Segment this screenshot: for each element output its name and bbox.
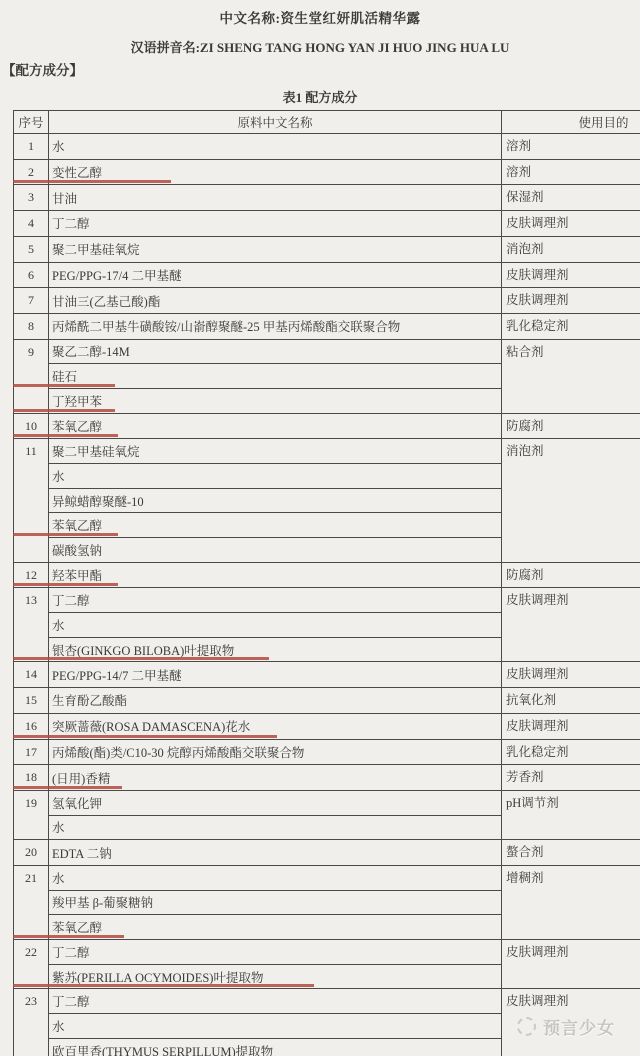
ingredient-cell: 水 [49, 613, 502, 638]
ingredient-name: 丁二醇 [52, 995, 90, 1009]
highlight-underline [13, 384, 115, 387]
ingredient-name: 羧甲基 β-葡聚糖钠 [52, 896, 153, 910]
ingredient-cell: 丁二醇 [49, 940, 502, 965]
purpose-cell: 溶剂 [502, 134, 640, 160]
ingredient-cell: 紫苏(PERILLA OCYMOIDES)叶提取物 [49, 964, 502, 989]
row-number-cell: 22 [14, 940, 49, 989]
highlight-underline [13, 434, 118, 437]
ingredient-name: 异鲸蜡醇聚醚-10 [52, 495, 144, 509]
row-number-cell: 9 [14, 339, 49, 413]
doc-title-chinese: 中文名称:资生堂红妍肌活精华露 [0, 7, 640, 27]
row-number-cell: 13 [14, 588, 49, 662]
ingredient-name: 氢氧化钾 [52, 797, 102, 811]
ingredient-name: 硅石 [52, 370, 77, 384]
highlight-underline [13, 583, 118, 586]
ingredient-name: 水 [52, 872, 65, 886]
ingredient-name: 丁二醇 [52, 594, 90, 608]
purpose-cell: 防腐剂 [502, 413, 640, 439]
table-row: 16突厥蔷薇(ROSA DAMASCENA)花水皮肤调理剂 [14, 713, 640, 739]
table-row: 13丁二醇皮肤调理剂 [14, 588, 640, 613]
ingredient-cell: 丙烯酰二甲基牛磺酸铵/山嵛醇聚醚-25 甲基丙烯酸酯交联聚合物 [49, 313, 502, 339]
ingredient-cell: (日用)香精 [49, 765, 502, 791]
highlight-underline [13, 735, 277, 738]
column-header-ingredient-name: 原料中文名称 [49, 111, 502, 134]
purpose-cell: 抗氧化剂 [502, 688, 640, 714]
watermark: 预言少女 [517, 1014, 615, 1039]
ingredient-cell: 氢氧化钾 [49, 790, 502, 815]
highlight-underline [13, 935, 124, 938]
ingredient-name: 丁二醇 [52, 946, 90, 960]
ingredient-cell: 丁二醇 [49, 211, 502, 237]
highlight-underline [13, 180, 171, 183]
crystal-ball-icon [517, 1017, 536, 1036]
ingredient-cell: 甘油三(乙基己酸)酯 [49, 288, 502, 314]
purpose-cell: 皮肤调理剂 [502, 211, 640, 237]
ingredient-cell: 变性乙醇 [49, 159, 502, 185]
table-row: 14PEG/PPG-14/7 二甲基醚皮肤调理剂 [14, 662, 640, 688]
ingredient-name: 甘油 [52, 192, 77, 206]
ingredient-name: 丁二醇 [52, 217, 90, 231]
doc-title-pinyin: 汉语拼音名:ZI SHENG TANG HONG YAN JI HUO JING… [0, 37, 640, 56]
purpose-cell: 芳香剂 [502, 765, 640, 791]
table-row: 5聚二甲基硅氧烷消泡剂 [14, 236, 640, 262]
ingredient-name: EDTA 二钠 [52, 847, 112, 861]
ingredient-cell: 生育酚乙酸酯 [49, 688, 502, 714]
row-number-cell: 3 [14, 185, 49, 211]
row-number-cell: 19 [14, 790, 49, 839]
table-row: 6PEG/PPG-17/4 二甲基醚皮肤调理剂 [14, 262, 640, 288]
ingredient-cell: 水 [49, 464, 502, 489]
table-row: 18(日用)香精芳香剂 [14, 765, 640, 791]
table-row: 12羟苯甲酯防腐剂 [14, 562, 640, 588]
ingredient-name: 丙烯酸(酯)类/C10-30 烷醇丙烯酸酯交联聚合物 [52, 746, 304, 760]
column-header-number: 序号 [14, 111, 49, 134]
ingredient-name: (日用)香精 [52, 772, 110, 786]
ingredient-cell: 甘油 [49, 185, 502, 211]
row-number-cell: 11 [14, 439, 49, 562]
purpose-cell: 粘合剂 [502, 339, 640, 413]
table-row: 4丁二醇皮肤调理剂 [14, 211, 640, 237]
ingredient-cell: 银杏(GINKGO BILOBA)叶提取物 [49, 637, 502, 662]
ingredient-cell: 丙烯酸(酯)类/C10-30 烷醇丙烯酸酯交联聚合物 [49, 739, 502, 765]
table-row: 21水增稠剂 [14, 865, 640, 890]
ingredient-name: 碳酸氢钠 [52, 544, 102, 558]
purpose-cell: 保湿剂 [502, 185, 640, 211]
purpose-cell: 皮肤调理剂 [502, 588, 640, 662]
highlight-underline [13, 409, 115, 412]
purpose-cell: 皮肤调理剂 [502, 262, 640, 288]
ingredient-cell: 丁二醇 [49, 588, 502, 613]
highlight-underline [13, 657, 269, 660]
ingredient-name: 聚二甲基硅氧烷 [52, 243, 140, 257]
ingredient-name: 苯氧乙醇 [52, 921, 102, 935]
purpose-cell: pH调节剂 [502, 790, 640, 839]
purpose-cell: 消泡剂 [502, 439, 640, 562]
table-row: 7甘油三(乙基己酸)酯皮肤调理剂 [14, 288, 640, 314]
row-number-cell: 14 [14, 662, 49, 688]
ingredient-name: 聚乙二醇-14M [52, 345, 130, 359]
ingredient-cell: PEG/PPG-14/7 二甲基醚 [49, 662, 502, 688]
ingredient-cell: EDTA 二钠 [49, 840, 502, 866]
purpose-cell: 乳化稳定剂 [502, 313, 640, 339]
ingredient-cell: 碳酸氢钠 [49, 538, 502, 563]
ingredient-name: 苯氧乙醇 [52, 420, 102, 434]
table-header-row: 序号 原料中文名称 使用目的 [14, 111, 640, 134]
table-row: 17丙烯酸(酯)类/C10-30 烷醇丙烯酸酯交联聚合物乳化稳定剂 [14, 739, 640, 765]
ingredient-name: 突厥蔷薇(ROSA DAMASCENA)花水 [52, 720, 250, 734]
ingredient-name: 丁羟甲苯 [52, 395, 102, 409]
table-row: 8丙烯酰二甲基牛磺酸铵/山嵛醇聚醚-25 甲基丙烯酸酯交联聚合物乳化稳定剂 [14, 313, 640, 339]
ingredient-cell: 苯氧乙醇 [49, 915, 502, 940]
ingredient-cell: 突厥蔷薇(ROSA DAMASCENA)花水 [49, 713, 502, 739]
ingredient-cell: 异鲸蜡醇聚醚-10 [49, 488, 502, 513]
ingredient-name: 银杏(GINKGO BILOBA)叶提取物 [52, 644, 234, 658]
ingredient-name: 水 [52, 821, 65, 835]
watermark-text: 预言少女 [543, 1014, 615, 1039]
table-row: 1水溶剂 [14, 134, 640, 160]
ingredient-cell: 苯氧乙醇 [49, 413, 502, 439]
table-row: 23丁二醇皮肤调理剂 [14, 989, 640, 1014]
row-number-cell: 4 [14, 211, 49, 237]
ingredient-cell: 丁羟甲苯 [49, 388, 502, 413]
ingredient-name: 水 [52, 1020, 65, 1034]
ingredient-cell: 水 [49, 865, 502, 890]
ingredient-cell: 硅石 [49, 364, 502, 389]
ingredients-table: 序号 原料中文名称 使用目的 1水溶剂2变性乙醇溶剂3甘油保湿剂4丁二醇皮肤调理… [13, 110, 640, 1056]
highlight-underline [13, 984, 314, 987]
ingredient-cell: 聚二甲基硅氧烷 [49, 439, 502, 464]
ingredient-name: 聚二甲基硅氧烷 [52, 445, 140, 459]
ingredient-name: 紫苏(PERILLA OCYMOIDES)叶提取物 [52, 971, 263, 985]
table-caption: 表1 配方成分 [0, 87, 640, 106]
table-row: 2变性乙醇溶剂 [14, 159, 640, 185]
purpose-cell: 乳化稳定剂 [502, 739, 640, 765]
table-row: 10苯氧乙醇防腐剂 [14, 413, 640, 439]
purpose-cell: 皮肤调理剂 [502, 288, 640, 314]
row-number-cell: 6 [14, 262, 49, 288]
ingredient-cell: 羟苯甲酯 [49, 562, 502, 588]
ingredient-cell: 聚二甲基硅氧烷 [49, 236, 502, 262]
ingredient-cell: 水 [49, 134, 502, 160]
purpose-cell: 防腐剂 [502, 562, 640, 588]
ingredient-cell: 丁二醇 [49, 989, 502, 1014]
table-row: 22丁二醇皮肤调理剂 [14, 940, 640, 965]
row-number-cell: 17 [14, 739, 49, 765]
purpose-cell: 增稠剂 [502, 865, 640, 939]
row-number-cell: 7 [14, 288, 49, 314]
scanned-document-page: { "page": { "title_cn": "中文名称:资生堂红妍肌活精华露… [0, 0, 640, 1056]
ingredient-name: 丙烯酰二甲基牛磺酸铵/山嵛醇聚醚-25 甲基丙烯酸酯交联聚合物 [52, 320, 400, 334]
row-number-cell: 1 [14, 134, 49, 160]
ingredient-name: 甘油三(乙基己酸)酯 [52, 295, 160, 309]
ingredient-name: 水 [52, 619, 65, 633]
ingredient-cell: 水 [49, 1014, 502, 1039]
ingredient-name: 羟苯甲酯 [52, 569, 102, 583]
table-row: 3甘油保湿剂 [14, 185, 640, 211]
highlight-underline [13, 533, 118, 536]
ingredient-cell: 聚乙二醇-14M [49, 339, 502, 364]
ingredient-name: 生育酚乙酸酯 [52, 694, 127, 708]
table-row: 9聚乙二醇-14M粘合剂 [14, 339, 640, 364]
purpose-cell: 皮肤调理剂 [502, 940, 640, 989]
row-number-cell: 21 [14, 865, 49, 939]
ingredient-name: PEG/PPG-17/4 二甲基醚 [52, 269, 182, 283]
row-number-cell: 5 [14, 236, 49, 262]
ingredient-cell: 苯氧乙醇 [49, 513, 502, 538]
column-header-purpose: 使用目的 [502, 111, 640, 134]
ingredient-cell: 欧百里香(THYMUS SERPILLUM)提取物 [49, 1038, 502, 1056]
ingredient-cell: PEG/PPG-17/4 二甲基醚 [49, 262, 502, 288]
ingredient-name: 水 [52, 140, 65, 154]
table-row: 15生育酚乙酸酯抗氧化剂 [14, 688, 640, 714]
ingredient-name: 变性乙醇 [52, 166, 102, 180]
ingredient-name: PEG/PPG-14/7 二甲基醚 [52, 669, 182, 683]
row-number-cell: 8 [14, 313, 49, 339]
purpose-cell: 溶剂 [502, 159, 640, 185]
ingredient-name: 欧百里香(THYMUS SERPILLUM)提取物 [52, 1045, 273, 1056]
ingredient-name: 苯氧乙醇 [52, 519, 102, 533]
section-label-formula: 【配方成分】 [2, 59, 83, 79]
row-number-cell: 20 [14, 840, 49, 866]
row-number-cell: 23 [14, 989, 49, 1056]
ingredient-name: 水 [52, 470, 65, 484]
table-row: 11聚二甲基硅氧烷消泡剂 [14, 439, 640, 464]
purpose-cell: 消泡剂 [502, 236, 640, 262]
purpose-cell: 皮肤调理剂 [502, 713, 640, 739]
table-row: 20EDTA 二钠螯合剂 [14, 840, 640, 866]
ingredient-cell: 羧甲基 β-葡聚糖钠 [49, 890, 502, 915]
ingredient-cell: 水 [49, 815, 502, 840]
purpose-cell: 螯合剂 [502, 840, 640, 866]
row-number-cell: 15 [14, 688, 49, 714]
table-row: 19氢氧化钾pH调节剂 [14, 790, 640, 815]
purpose-cell: 皮肤调理剂 [502, 662, 640, 688]
highlight-underline [13, 786, 122, 789]
